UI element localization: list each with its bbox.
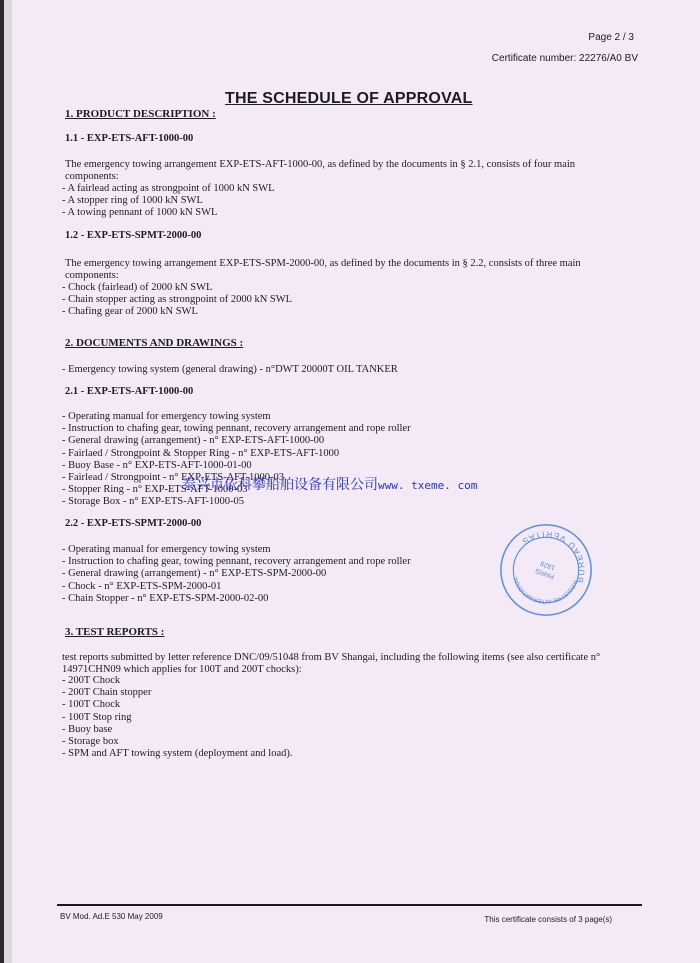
watermark-url: www. txeme. com (378, 479, 477, 492)
footer-divider (57, 904, 642, 906)
section-3-intro: test reports submitted by letter referen… (62, 652, 642, 676)
list-item: - 100T Stop ring (62, 712, 293, 724)
list-item: - Storage Box - n° EXP-ETS-AFT-1000-05 (62, 496, 411, 508)
list-item: - Chock - n° EXP-ETS-SPM-2000-01 (62, 581, 411, 593)
footer-page-count: This certificate consists of 3 page(s) (484, 915, 612, 924)
section-2-1-heading: 2.1 - EXP-ETS-AFT-1000-00 (65, 386, 193, 397)
list-item: - Fairlaed / Strongpoint & Stopper Ring … (62, 448, 411, 460)
list-item: - General drawing (arrangement) - n° EXP… (62, 435, 411, 447)
general-drawing-line: - Emergency towing system (general drawi… (62, 364, 622, 376)
section-1-1-list: - A fairlead acting as strongpoint of 10… (62, 183, 275, 220)
section-1-1-heading: 1.1 - EXP-ETS-AFT-1000-00 (65, 133, 193, 144)
bureau-veritas-stamp: BUREAU VERITAS REGISTRE INTERNATIONAL PA… (498, 522, 594, 618)
list-item: - 100T Chock (62, 699, 293, 711)
list-item: - Chain Stopper - n° EXP-ETS-SPM-2000-02… (62, 593, 411, 605)
section-2-heading: 2. DOCUMENTS AND DRAWINGS : (65, 337, 243, 349)
list-item: - 200T Chain stopper (62, 687, 293, 699)
section-1-1-intro: The emergency towing arrangement EXP-ETS… (65, 159, 625, 183)
company-watermark: 泰兴市依科攀船舶设备有限公司www. txeme. com (182, 474, 477, 494)
list-item: - A towing pennant of 1000 kN SWL (62, 207, 275, 219)
scan-edge-shadow (4, 0, 12, 963)
watermark-company: 泰兴市依科攀船舶设备有限公司 (182, 477, 378, 493)
section-3-list: - 200T Chock - 200T Chain stopper - 100T… (62, 675, 293, 760)
section-1-2-intro: The emergency towing arrangement EXP-ETS… (65, 258, 625, 282)
list-item: - Chafing gear of 2000 kN SWL (62, 306, 292, 318)
certificate-number: Certificate number: 22276/A0 BV (492, 53, 638, 64)
list-item: - Chock (fairlead) of 2000 kN SWL (62, 282, 292, 294)
list-item: - SPM and AFT towing system (deployment … (62, 748, 293, 760)
footer-form-id: BV Mod. Ad.E 530 May 2009 (60, 912, 163, 921)
list-item: - A fairlead acting as strongpoint of 10… (62, 183, 275, 195)
list-item: - Buoy Base - n° EXP-ETS-AFT-1000-01-00 (62, 460, 411, 472)
list-item: - Buoy base (62, 724, 293, 736)
list-item: - Chain stopper acting as strongpoint of… (62, 294, 292, 306)
list-item: - Storage box (62, 736, 293, 748)
section-1-2-heading: 1.2 - EXP-ETS-SPMT-2000-00 (65, 230, 201, 241)
section-2-2-heading: 2.2 - EXP-ETS-SPMT-2000-00 (65, 518, 201, 529)
list-item: - A stopper ring of 1000 kN SWL (62, 195, 275, 207)
section-3-heading: 3. TEST REPORTS : (65, 626, 164, 638)
list-item: - 200T Chock (62, 675, 293, 687)
list-item: - General drawing (arrangement) - n° EXP… (62, 568, 411, 580)
list-item: - Operating manual for emergency towing … (62, 544, 411, 556)
section-2-2-list: - Operating manual for emergency towing … (62, 544, 411, 605)
list-item: - Instruction to chafing gear, towing pe… (62, 556, 411, 568)
document-title: THE SCHEDULE OF APPROVAL (225, 90, 472, 108)
page-number: Page 2 / 3 (588, 32, 634, 43)
section-1-heading: 1. PRODUCT DESCRIPTION : (65, 108, 216, 120)
list-item: - Instruction to chafing gear, towing pe… (62, 423, 411, 435)
section-1-2-list: - Chock (fairlead) of 2000 kN SWL - Chai… (62, 282, 292, 319)
list-item: - Operating manual for emergency towing … (62, 411, 411, 423)
